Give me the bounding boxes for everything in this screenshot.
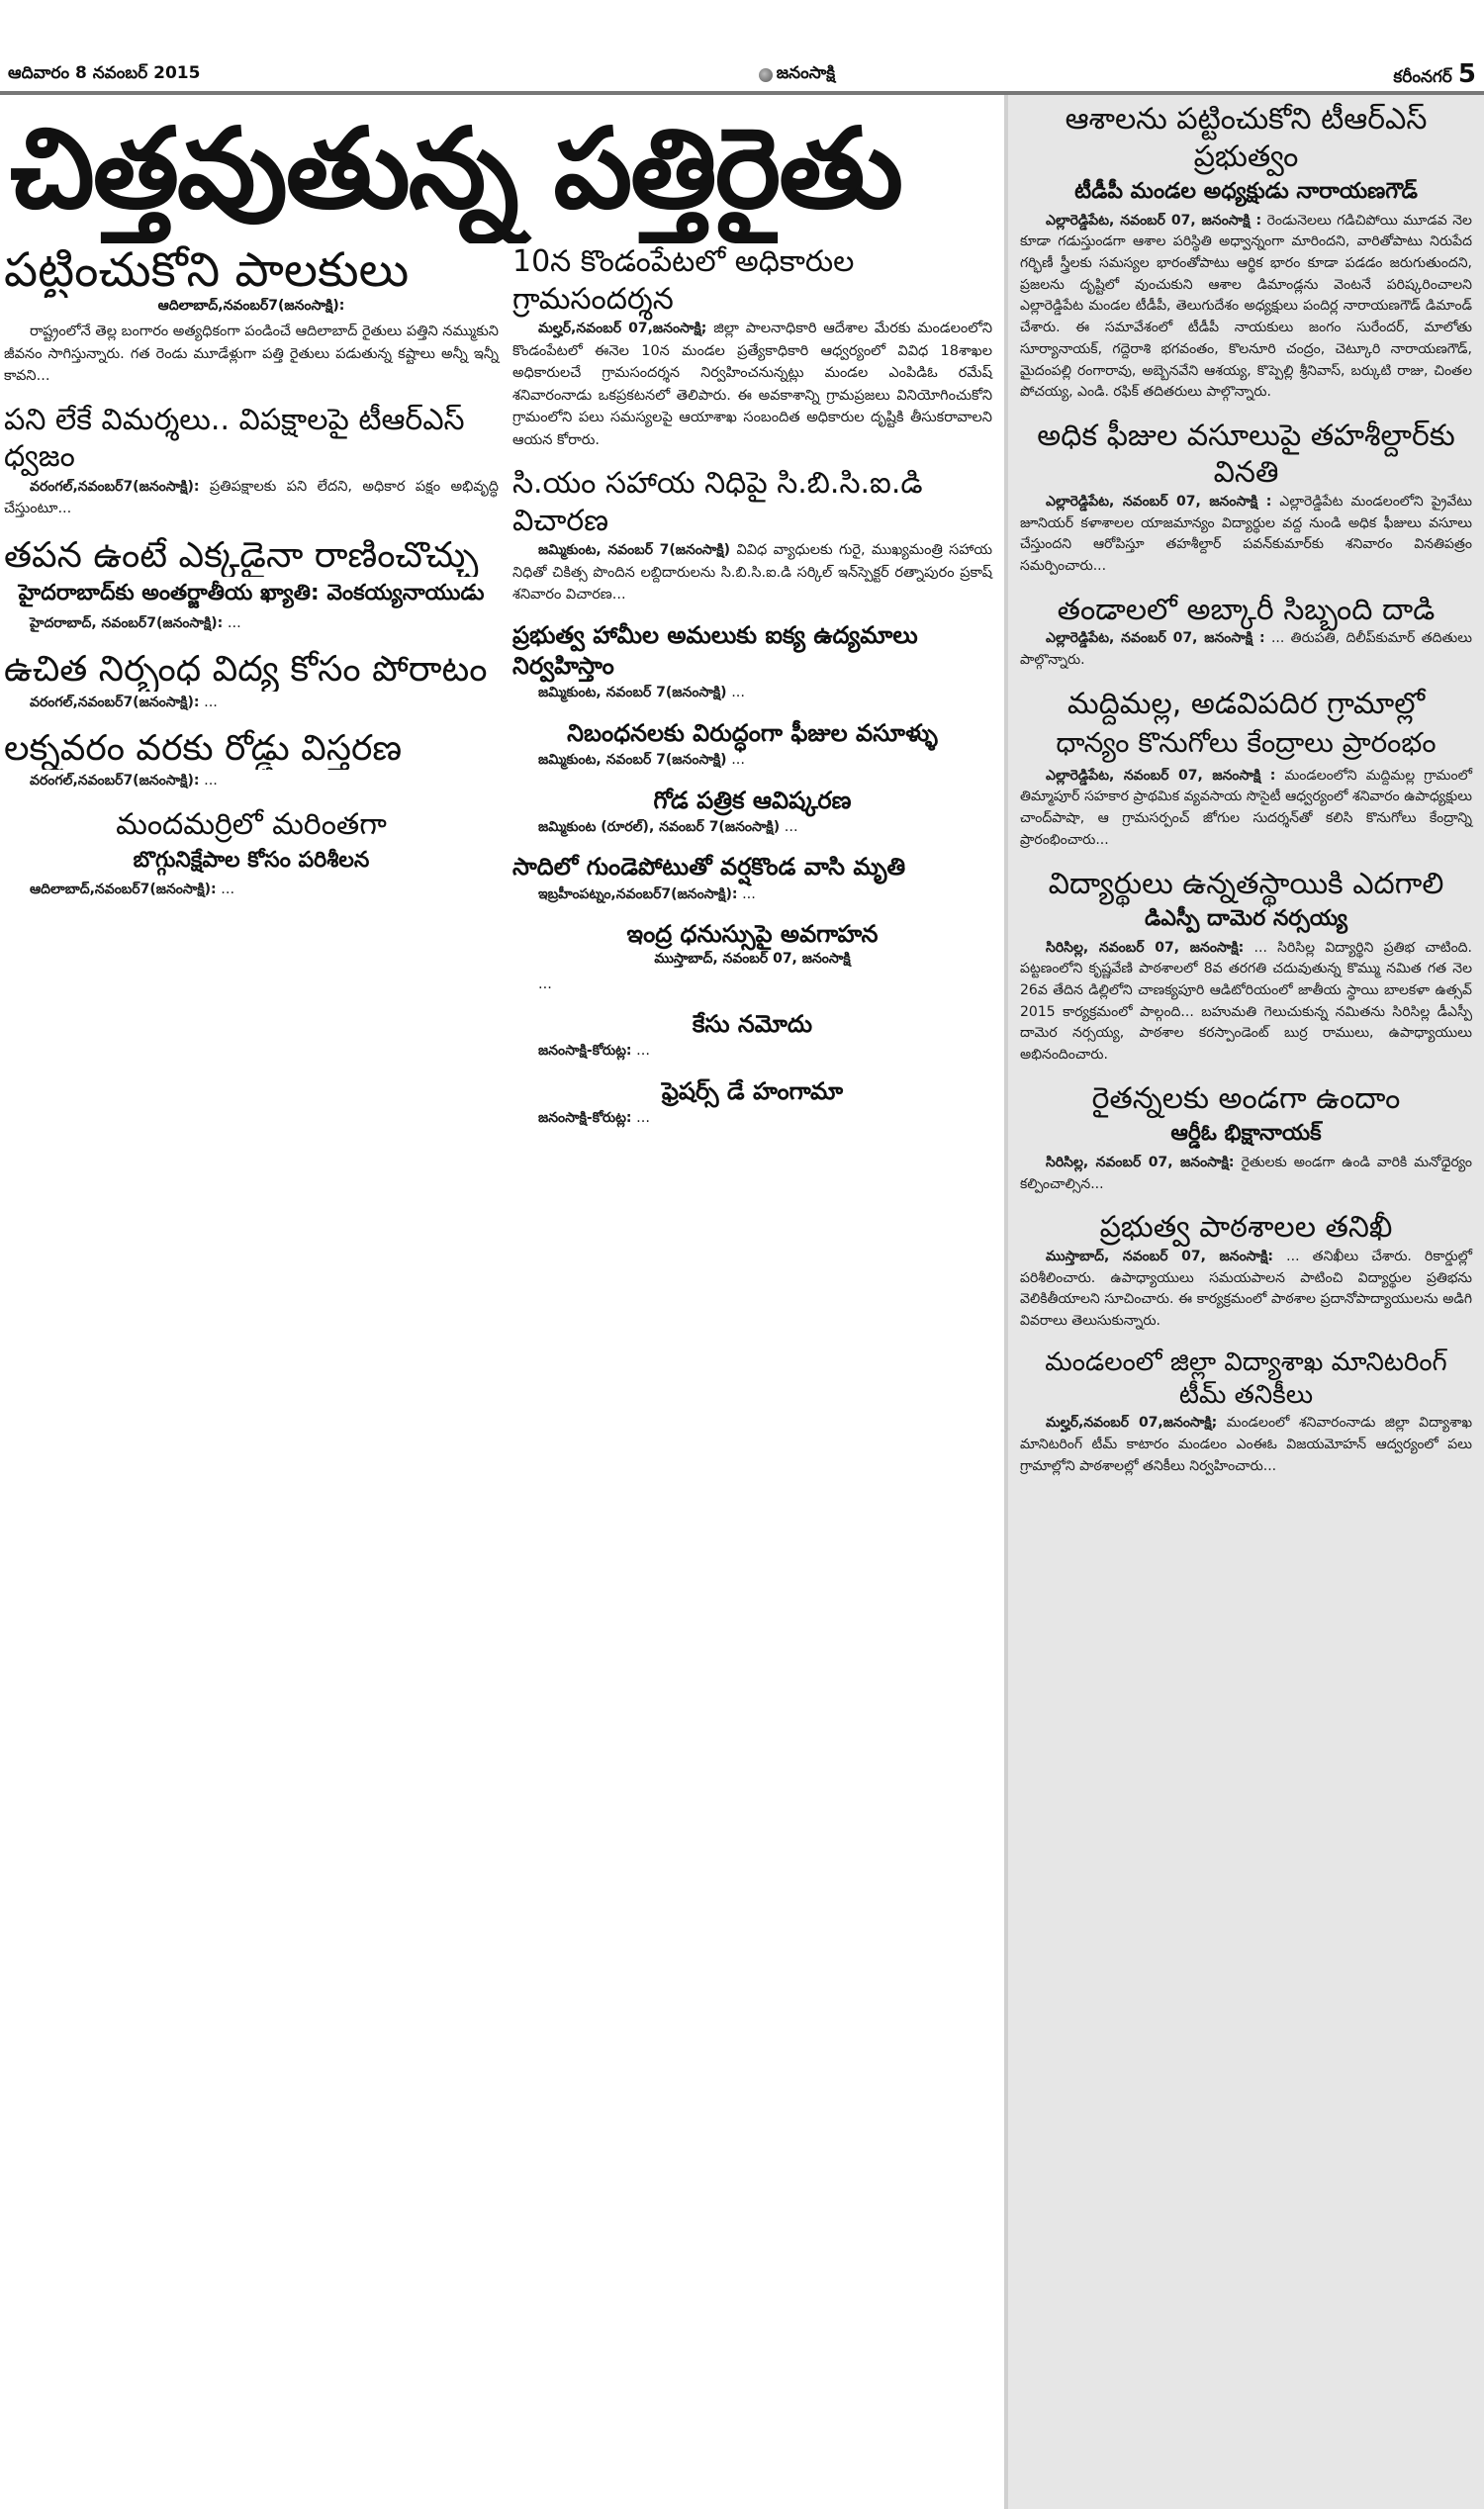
newspaper-page: ఆదివారం 8 నవంబర్ 2015 జనంసాక్షి కరీంనగర్… — [0, 59, 1484, 2509]
story-headline: రైతన్నలకు అండగా ఉందాం — [1020, 1080, 1472, 1118]
main-news-area: చిత్తవుతున్న పత్తిరైతు పట్టించుకోని పాలక… — [0, 95, 1004, 2509]
story-headline: తపన ఉంటే ఎక్కడైనా రాణించొచ్చు — [4, 534, 499, 577]
story-headline: సి.యం సహాయ నిధిపై సి.బి.సి.ఐ.డి విచారణ — [512, 465, 992, 539]
story-dateline: ఆదిలాబాద్,నవంబర్7(జనంసాక్షి): — [4, 298, 499, 317]
story-tahsildar-petition: అధిక ఫీజుల వసూలుపై తహశీల్దార్‌కు వినతి ఎ… — [1020, 418, 1472, 578]
story-body: ... — [742, 886, 756, 902]
story-dateline: సిరిసిల్ల, నవంబర్ 07, జనంసాక్షి: — [1046, 940, 1244, 956]
story-headline: ప్రభుత్వ హామీల అమలుకు ఐక్య ఉద్యమాలు నిర్… — [512, 620, 992, 682]
banner-headline: చిత్తవుతున్న పత్తిరైతు — [4, 95, 1000, 243]
story-road-widening: లక్నవరం వరకు రోడ్డు విస్తరణ వరంగల్,నవంబర… — [4, 727, 499, 792]
story-headline: నిబంధనలకు విరుద్ధంగా ఫీజుల వసూళ్ళు — [512, 718, 992, 749]
story-body: జిల్లా పాలనాధికారి ఆదేశాల మేరకు మండలంలోన… — [512, 321, 992, 448]
story-dateline: జమ్మికుంట, నవంబర్ 7(జనంసాక్షి) — [538, 685, 727, 700]
story-headline: ఆశాలను పట్టించుకోని టీఆర్ఎస్ ప్రభుత్వం — [1020, 101, 1472, 175]
story-coal-reserves: మందమర్రిలో మరింతగా బొగ్గునిక్షేపాల కోసం … — [4, 806, 499, 901]
story-body: రాష్ట్రంలోనే తెల్ల బంగారం అత్యధికంగా పండ… — [4, 321, 499, 387]
story-body: ... — [785, 819, 798, 835]
story-dateline: జమ్మికుంట (రూరల్), నవంబర్ 7(జనంసాక్షి) — [538, 819, 780, 835]
story-body: ... — [636, 1043, 650, 1059]
brand-logo-icon — [759, 68, 773, 82]
story-subheadline: డిఎస్పీ దామెర నర్సయ్య — [1020, 904, 1472, 934]
story-headline: అధిక ఫీజుల వసూలుపై తహశీల్దార్‌కు వినతి — [1020, 418, 1472, 492]
story-body: ... — [731, 685, 745, 700]
story-indradhanush: ఇంద్ర ధనుస్సుపై అవగాహన ముస్తాబాద్, నవంబర… — [512, 919, 992, 995]
middle-column: 10న కొండంపేటలో అధికారుల గ్రామసందర్శన మల్… — [512, 243, 992, 1144]
story-headline: ప్రభుత్వ పాఠశాలల తనిఖీ — [1020, 1209, 1472, 1247]
story-headline: ఫ్రెషర్స్ డే హంగామా — [512, 1076, 992, 1107]
story-headline: ఉచిత నిర్బంధ విద్య కోసం పోరాటం — [4, 648, 499, 691]
story-venkaiah-naidu: తపన ఉంటే ఎక్కడైనా రాణించొచ్చు హైదరాబాద్‌… — [4, 534, 499, 635]
story-subheadline: ధాన్యం కొనుగోలు కేంద్రాలు ప్రారంభం — [1020, 724, 1472, 762]
story-trs-criticism: పని లేకే విమర్శలు.. విపక్షాలపై టీఆర్ఎస్ … — [4, 402, 499, 520]
page-number: 5 — [1458, 59, 1476, 89]
story-cotton-farmers: పట్టించుకోని పాలకులు ఆదిలాబాద్,నవంబర్7(జ… — [4, 243, 499, 388]
story-dateline: మల్హర్,నవంబర్ 07,జనంసాక్షి; — [1046, 1415, 1217, 1431]
story-excise-raid: తండాలలో అబ్కారీ సిబ్బంది దాడి ఎల్లారెడ్డ… — [1020, 592, 1472, 672]
story-support-farmers: రైతన్నలకు అండగా ఉందాం ఆర్డీఓ భిక్షానాయక్… — [1020, 1080, 1472, 1196]
story-freshers-day: ఫ్రెషర్స్ డే హంగామా జనంసాక్షి-కోరుట్ల: .… — [512, 1076, 992, 1130]
story-headline: పట్టించుకోని పాలకులు — [4, 243, 499, 298]
story-headline: మందమర్రిలో మరింతగా — [4, 806, 499, 844]
story-body: రెండునెలలు గడిచిపోయి మూడవ నెల కూడా గడుస్… — [1020, 213, 1472, 401]
story-students-rise: విద్యార్థులు ఉన్నతస్థాయికి ఎదగాలి డిఎస్ప… — [1020, 866, 1472, 1067]
edition-page: కరీంనగర్ 5 — [1393, 59, 1476, 91]
story-headline: మద్దిమల్ల, అడవిపదిర గ్రామాల్లో — [1020, 686, 1472, 723]
story-headline: విద్యార్థులు ఉన్నతస్థాయికి ఎదగాలి — [1020, 866, 1472, 903]
story-school-inspection: ప్రభుత్వ పాఠశాలల తనిఖీ ముస్తాబాద్, నవంబర… — [1020, 1209, 1472, 1332]
story-fee-collection: నిబంధనలకు విరుద్ధంగా ఫీజుల వసూళ్ళు జమ్మి… — [512, 718, 992, 772]
story-dateline: హైదరాబాద్, నవంబర్7(జనంసాక్షి): — [30, 615, 223, 631]
story-headline: సాదిలో గుండెపోటుతో వర్షకొండ వాసి మృతి — [512, 852, 992, 883]
story-body: ... — [204, 695, 218, 710]
brand-name: జనంసాక్షి — [777, 63, 835, 87]
left-column: పట్టించుకోని పాలకులు ఆదిలాబాద్,నవంబర్7(జ… — [4, 243, 499, 1144]
story-body: ... — [228, 615, 241, 631]
story-dateline: జనంసాక్షి-కోరుట్ల: — [538, 1043, 632, 1059]
story-monitoring-team: మండలంలో జిల్లా విద్యాశాఖ మానిటరింగ్ టీమ్… — [1020, 1347, 1472, 1478]
story-village-visit: 10న కొండంపేటలో అధికారుల గ్రామసందర్శన మల్… — [512, 243, 992, 451]
story-dateline: ఎల్లారెడ్డిపేట, నవంబర్ 07, జనంసాక్షి : — [1046, 630, 1265, 646]
masthead: ఆదివారం 8 నవంబర్ 2015 జనంసాక్షి కరీంనగర్… — [0, 59, 1484, 95]
story-body: ... — [636, 1110, 650, 1126]
story-body: ... — [731, 752, 745, 768]
story-dateline: ఇబ్రహీంపట్నం,నవంబర్7(జనంసాక్షి): — [538, 886, 737, 902]
story-dateline: ముస్తాబాద్, నవంబర్ 07, జనంసాక్షి: — [1046, 1249, 1273, 1264]
story-headline: మండలంలో జిల్లా విద్యాశాఖ మానిటరింగ్ టీమ్… — [1020, 1347, 1472, 1414]
story-headline: 10న కొండంపేటలో అధికారుల గ్రామసందర్శన — [512, 243, 992, 318]
story-headline: కేసు నమోదు — [512, 1009, 992, 1040]
story-cbcid-inquiry: సి.యం సహాయ నిధిపై సి.బి.సి.ఐ.డి విచారణ జ… — [512, 465, 992, 606]
story-headline: ఇంద్ర ధనుస్సుపై అవగాహన — [512, 919, 992, 950]
story-dateline: జమ్మికుంట, నవంబర్ 7(జనంసాక్షి) — [538, 752, 727, 768]
story-body: ... — [512, 974, 992, 995]
story-subheadline: ఆర్డీఓ భిక్షానాయక్ — [1020, 1119, 1472, 1149]
story-body: ... — [221, 882, 234, 897]
story-dateline: ముస్తాబాద్, నవంబర్ 07, జనంసాక్షి — [512, 951, 992, 970]
story-asha-workers: ఆశాలను పట్టించుకోని టీఆర్ఎస్ ప్రభుత్వం ట… — [1020, 101, 1472, 404]
story-subheadline: బొగ్గునిక్షేపాల కోసం పరిశీలన — [4, 846, 499, 876]
story-headline: తండాలలో అబ్కారీ సిబ్బంది దాడి — [1020, 592, 1472, 629]
issue-date: ఆదివారం 8 నవంబర్ 2015 — [8, 63, 200, 87]
story-dateline: ఆదిలాబాద్,నవంబర్7(జనంసాక్షి): — [30, 882, 217, 897]
story-subheadline: టీడీపీ మండల అధ్యక్షుడు నారాయణగౌడ్ — [1020, 177, 1472, 207]
story-heart-attack: సాదిలో గుండెపోటుతో వర్షకొండ వాసి మృతి ఇబ… — [512, 852, 992, 905]
story-dateline: వరంగల్,నవంబర్7(జనంసాక్షి): — [30, 695, 199, 710]
story-dateline: ఎల్లారెడ్డిపేట, నవంబర్ 07, జనంసాక్షి : — [1046, 494, 1271, 510]
story-wall-poster: గోడ పత్రిక ఆవిష్కరణ జమ్మికుంట (రూరల్), న… — [512, 786, 992, 839]
story-dateline: వరంగల్,నవంబర్7(జనంసాక్షి): — [30, 773, 199, 789]
story-dateline: ఎల్లారెడ్డిపేట, నవంబర్ 07, జనంసాక్షి : — [1046, 768, 1275, 784]
edition-name: కరీంనగర్ — [1393, 67, 1452, 91]
story-dateline: సిరిసిల్ల, నవంబర్ 07, జనంసాక్షి: — [1046, 1155, 1235, 1170]
story-subheadline: హైదరాబాద్‌కు అంతర్జాతీయ ఖ్యాతి: వెంకయ్యన… — [4, 579, 499, 608]
story-case-registered: కేసు నమోదు జనంసాక్షి-కోరుట్ల: ... — [512, 1009, 992, 1063]
story-dateline: వరంగల్,నవంబర్7(జనంసాక్షి): — [30, 479, 199, 495]
story-headline: లక్నవరం వరకు రోడ్డు విస్తరణ — [4, 727, 499, 770]
story-headline: పని లేకే విమర్శలు.. విపక్షాలపై టీఆర్ఎస్ … — [4, 402, 499, 476]
story-united-movements: ప్రభుత్వ హామీల అమలుకు ఐక్య ఉద్యమాలు నిర్… — [512, 620, 992, 704]
story-dateline: జమ్మికుంట, నవంబర్ 7(జనంసాక్షి) — [538, 542, 730, 558]
story-dateline: ఎల్లారెడ్డిపేట, నవంబర్ 07, జనంసాక్షి : — [1046, 213, 1261, 229]
brand: జనంసాక్షి — [759, 63, 835, 87]
story-body: ... — [204, 773, 218, 789]
story-free-education: ఉచిత నిర్బంధ విద్య కోసం పోరాటం వరంగల్,నవ… — [4, 648, 499, 713]
story-body: ... సిరిసిల్ల విద్యార్థిని ప్రతిభ చాటింద… — [1020, 940, 1472, 1063]
story-dateline: మల్హర్,నవంబర్ 07,జనంసాక్షి; — [538, 321, 706, 336]
story-headline: గోడ పత్రిక ఆవిష్కరణ — [512, 786, 992, 816]
story-dateline: జనంసాక్షి-కోరుట్ల: — [538, 1110, 632, 1126]
story-grain-centers: మద్దిమల్ల, అడవిపదిర గ్రామాల్లో ధాన్యం కొ… — [1020, 686, 1472, 852]
right-sidebar: ఆశాలను పట్టించుకోని టీఆర్ఎస్ ప్రభుత్వం ట… — [1004, 95, 1484, 2509]
